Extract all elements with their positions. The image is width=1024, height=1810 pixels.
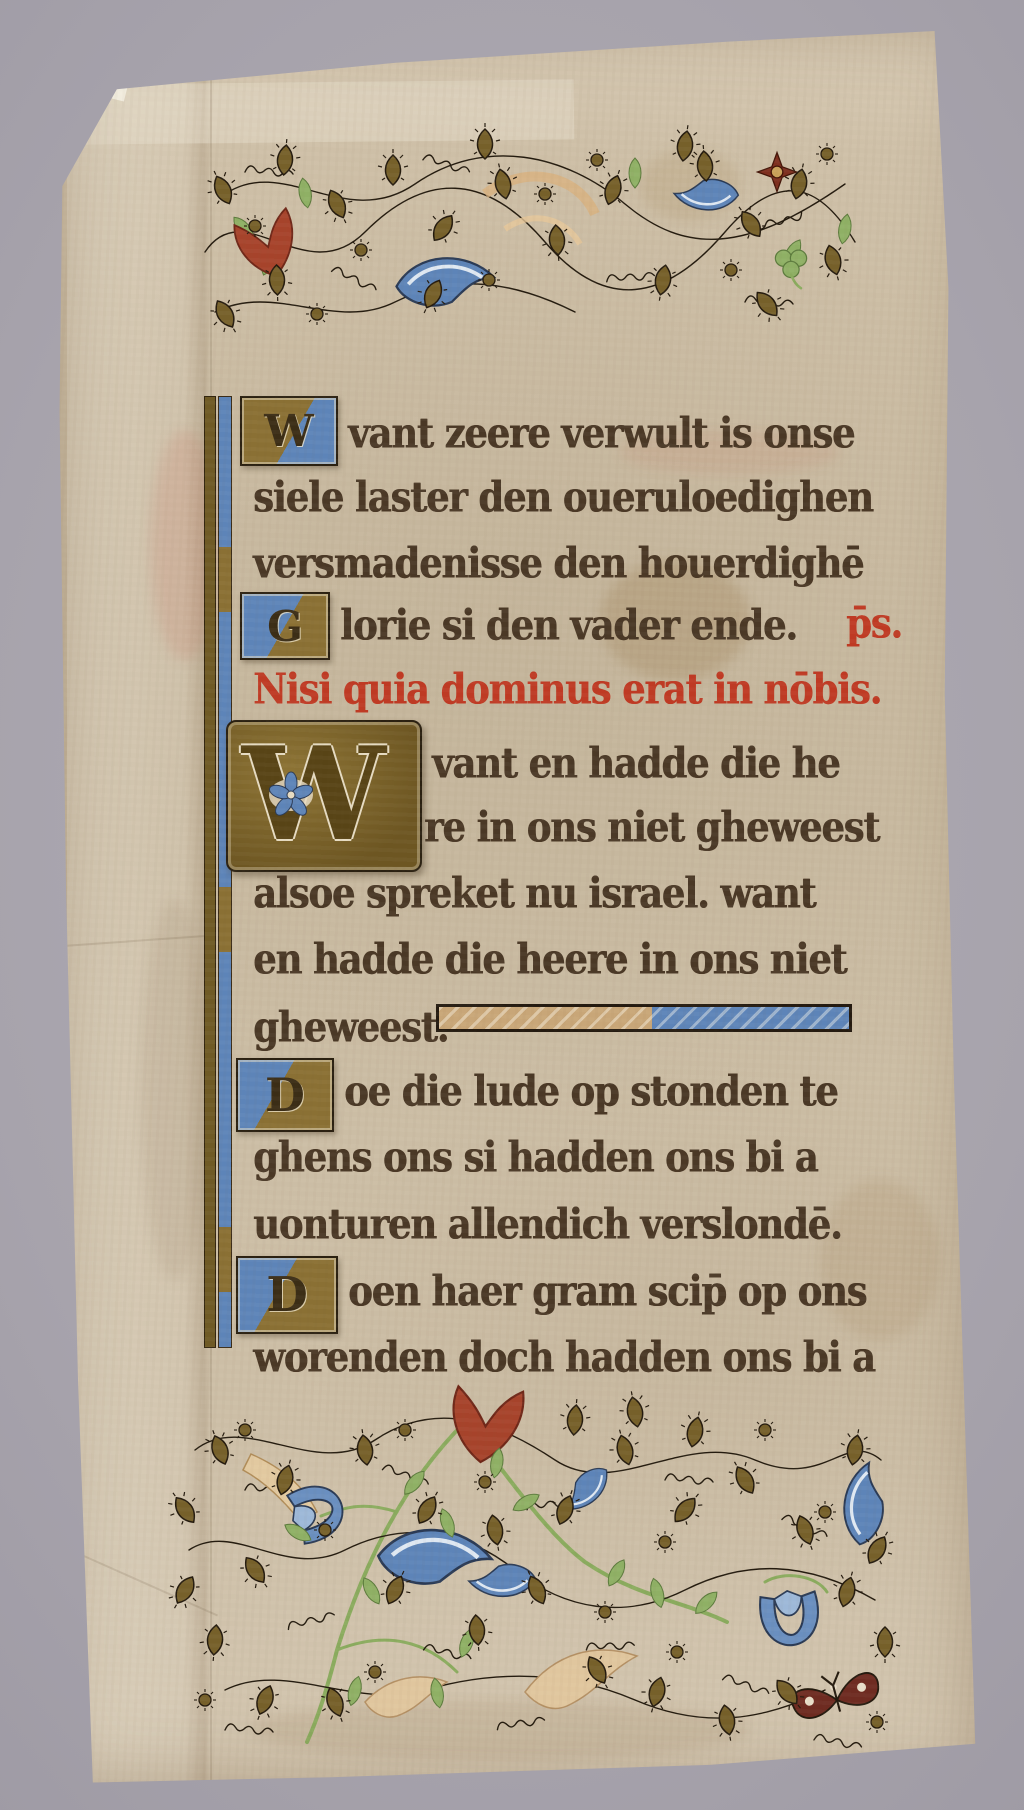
text-line-2: siele laster den oueruloedighen [253,476,873,518]
text-line-8: alsoe spreket nu israel. want [253,872,815,914]
left-border-bar-gold [204,396,216,1348]
initial-G-panel: G [240,592,330,660]
text-line-6: vant en hadde die he [432,742,840,784]
initial-letter: D [265,1068,305,1122]
text-line-13: uonturen allendich verslondē. [253,1203,842,1245]
text-line-1: vant zeere verwult is onse [348,412,854,454]
large-initial-W-panel: W [226,720,422,872]
initial-D-panel: D [236,1256,338,1334]
rubric-psalm-abbreviation: p̄s. [846,602,902,644]
columbine-flower-icon [262,766,320,824]
text-line-12: ghens ons si hadden ons bi a [253,1136,817,1178]
left-border-bar-blue [218,396,232,1348]
bottom-floral-border [165,1390,895,1746]
manuscript-leaf: W G W D D vant zeere verwult is onse sie… [54,24,978,1786]
line-filler-bar [436,1004,852,1032]
top-floral-border [185,132,865,344]
initial-letter: W [264,406,313,457]
text-line-5-rubric: Nisi quia dominus erat in nōbis. [253,668,881,710]
initial-letter: D [266,1267,308,1323]
initial-D-panel: D [236,1058,334,1132]
text-line-9: en hadde die heere in ons niet [253,938,846,980]
text-line-4: lorie si den vader ende. [340,604,797,646]
text-line-3: versmadenisse den houerdighē [253,542,863,584]
text-line-10: gheweest. [253,1006,448,1048]
text-line-7: re in ons niet gheweest [424,806,879,848]
text-line-11: oe die lude op stonden te [344,1070,837,1112]
text-line-15: worenden doch hadden ons bi a [253,1336,875,1378]
initial-W-panel: W [240,396,338,466]
text-line-14: oen haer gram scip̄ op ons [348,1270,866,1312]
initial-letter: G [267,602,303,651]
